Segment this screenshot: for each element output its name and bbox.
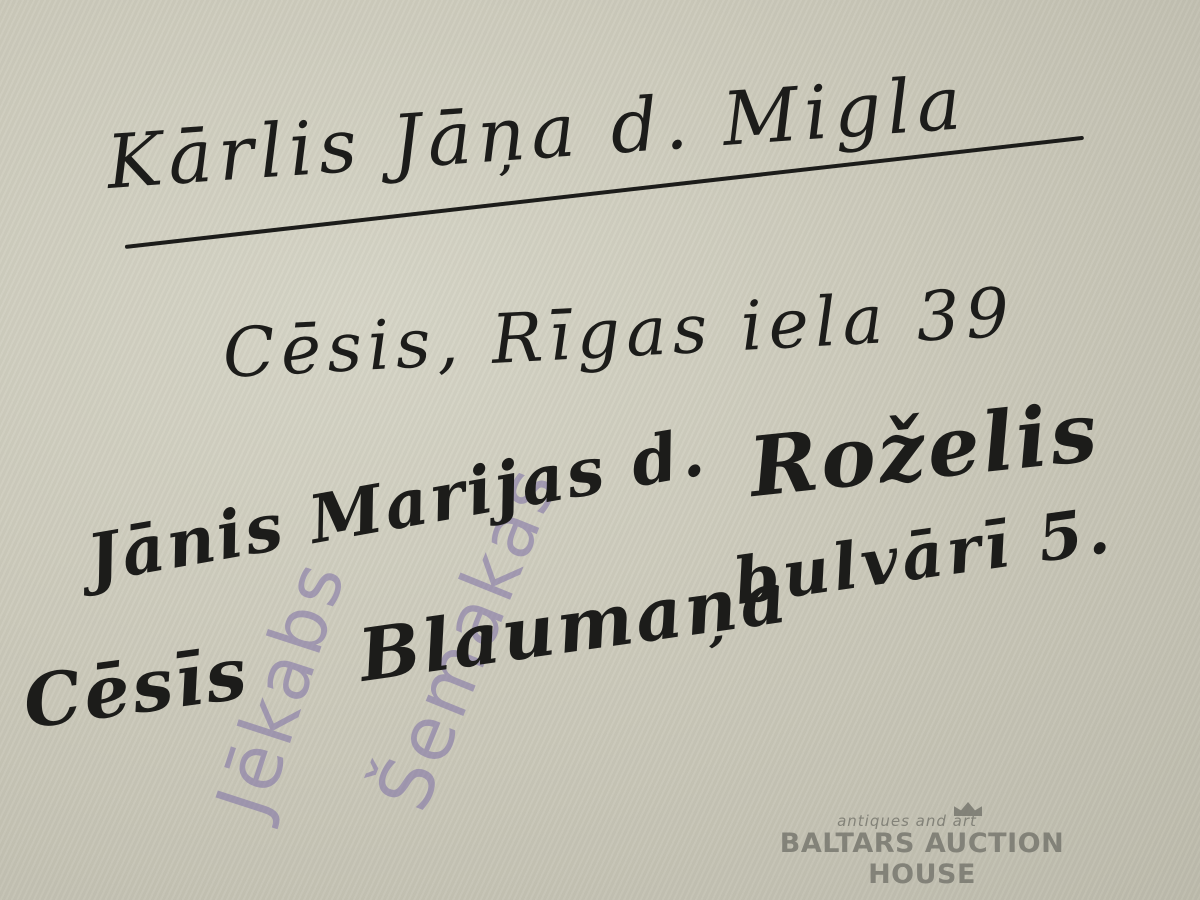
- auction-house-watermark: antiques and art BALTARS AUCTION HOUSE: [722, 812, 1122, 890]
- watermark-name: BALTARS AUCTION HOUSE: [722, 828, 1122, 890]
